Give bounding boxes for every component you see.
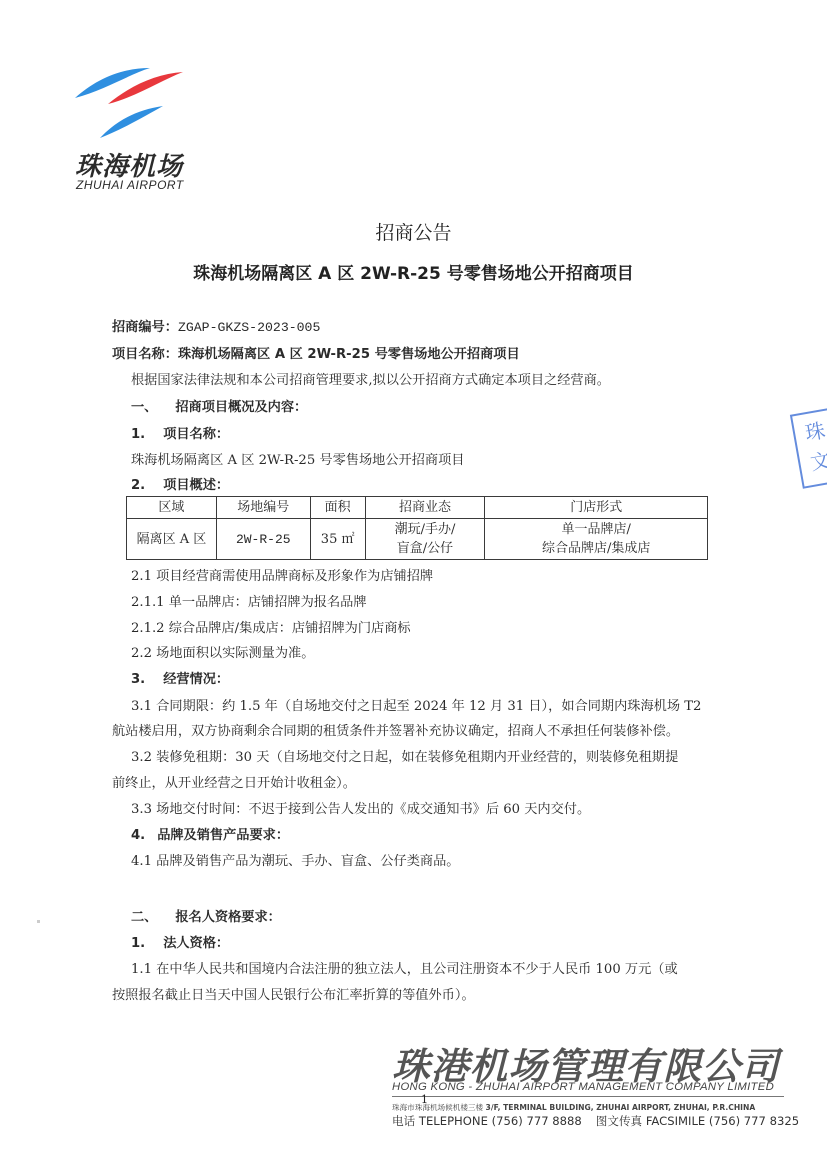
- section2-title: 报名人资格要求：: [175, 910, 281, 925]
- table-header-area: 区域: [127, 497, 217, 519]
- project-name-label: 项目名称：: [112, 347, 178, 362]
- section2-item1-title: 法人资格：: [163, 936, 229, 951]
- item4-title: 品牌及销售产品要求：: [157, 828, 289, 843]
- table-header-store-type: 门店形式: [485, 497, 708, 519]
- tender-code-label: 招商编号：: [112, 320, 178, 335]
- cell-format-line1: 潮玩/手办/: [366, 520, 485, 539]
- item1-heading: 1.项目名称：: [131, 423, 229, 442]
- seal-stamp-char2: 文: [808, 442, 827, 478]
- item3-title: 经营情况：: [163, 672, 229, 687]
- section2-item1-number: 1.: [131, 936, 145, 951]
- footer-telephone: 电话 TELEPHONE (756) 777 8888: [392, 1114, 582, 1128]
- item3-number: 3.: [131, 672, 145, 687]
- logo-name-en: ZHUHAI AIRPORT: [76, 178, 184, 192]
- table-row: 隔离区 A 区 2W-R-25 35 ㎡ 潮玩/手办/ 盲盒/公仔 单一品牌店/…: [127, 519, 708, 560]
- table-header-site-no: 场地编号: [216, 497, 310, 519]
- seal-stamp-char1: 珠: [803, 412, 827, 448]
- section2-item1-heading: 1.法人资格：: [131, 932, 229, 951]
- tender-code-line: 招商编号：ZGAP-GKZS-2023-005: [112, 316, 320, 335]
- item2-number: 2.: [131, 478, 145, 493]
- cell-format: 潮玩/手办/ 盲盒/公仔: [365, 519, 485, 560]
- para-3-1-a: 3.1 合同期限：约 1.5 年（自场地交付之日起至 2024 年 12 月 3…: [131, 695, 701, 714]
- para-3-3: 3.3 场地交付时间：不迟于接到公告人发出的《成交通知书》后 60 天内交付。: [131, 798, 590, 817]
- item1-text: 珠海机场隔离区 A 区 2W-R-25 号零售场地公开招商项目: [131, 449, 464, 468]
- seal-stamp: 珠 文: [790, 406, 827, 489]
- document-subtitle: 珠海机场隔离区 A 区 2W-R-25 号零售场地公开招商项目: [0, 259, 827, 284]
- footer-divider: [392, 1096, 784, 1097]
- para-2-1-1: 2.1.1 单一品牌店：店铺招牌为报名品牌: [131, 591, 367, 610]
- item4-heading: 4.品牌及销售产品要求：: [131, 824, 289, 843]
- footer-address-en: 3/F, TERMINAL BUILDING, ZHUHAI AIRPORT, …: [486, 1103, 756, 1112]
- project-name-line: 项目名称：珠海机场隔离区 A 区 2W-R-25 号零售场地公开招商项目: [112, 343, 520, 362]
- footer-address: 珠海市珠海机场候机楼三楼 3/F, TERMINAL BUILDING, ZHU…: [392, 1102, 755, 1113]
- footer-fax: 图文传真 FACSIMILE (756) 777 8325: [596, 1114, 799, 1128]
- section1-title: 招商项目概况及内容：: [175, 400, 307, 415]
- intro-paragraph: 根据国家法律法规和本公司招商管理要求,拟以公开招商方式确定本项目之经营商。: [131, 369, 610, 388]
- section2-number: 二、: [131, 910, 157, 925]
- zhuhai-airport-logo-icon: [70, 60, 190, 145]
- table-header-format: 招商业态: [365, 497, 485, 519]
- table-header-row: 区域 场地编号 面积 招商业态 门店形式: [127, 497, 708, 519]
- para-2-2: 2.2 场地面积以实际测量为准。: [131, 642, 314, 661]
- item3-heading: 3.经营情况：: [131, 668, 229, 687]
- item2-title: 项目概述：: [163, 478, 229, 493]
- tender-code-value: ZGAP-GKZS-2023-005: [178, 320, 320, 335]
- section1-heading: 一、招商项目概况及内容：: [131, 396, 307, 415]
- para-s2-1-1-b: 按照报名截止日当天中国人民银行公布汇率折算的等值外币）。: [112, 984, 475, 1003]
- section1-number: 一、: [131, 400, 157, 415]
- project-overview-table: 区域 场地编号 面积 招商业态 门店形式 隔离区 A 区 2W-R-25 35 …: [126, 496, 708, 560]
- table-header-size: 面积: [310, 497, 365, 519]
- para-2-1: 2.1 项目经营商需使用品牌商标及形象作为店铺招牌: [131, 565, 433, 584]
- item1-number: 1.: [131, 427, 145, 442]
- item2-heading: 2.项目概述：: [131, 474, 229, 493]
- cell-format-line2: 盲盒/公仔: [366, 539, 485, 558]
- para-4-1: 4.1 品牌及销售产品为潮玩、手办、盲盒、公仔类商品。: [131, 850, 459, 869]
- project-name-value: 珠海机场隔离区 A 区 2W-R-25 号零售场地公开招商项目: [178, 347, 520, 362]
- section2-heading: 二、报名人资格要求：: [131, 906, 281, 925]
- cell-area: 隔离区 A 区: [127, 519, 217, 560]
- document-title: 招商公告: [0, 218, 827, 245]
- cell-store-line2: 综合品牌店/集成店: [485, 539, 707, 558]
- para-3-1-b: 航站楼启用，双方协商剩余合同期的租赁条件并签署补充协议确定，招商人不承担任何装修…: [112, 720, 679, 739]
- item4-number: 4.: [131, 828, 145, 843]
- cell-size: 35 ㎡: [310, 519, 365, 560]
- para-s2-1-1-a: 1.1 在中华人民共和国境内合法注册的独立法人，且公司注册资本不少于人民币 10…: [131, 958, 678, 977]
- para-3-2-b: 前终止，从开业经营之日开始计收租金）。: [112, 772, 356, 791]
- cell-store-type: 单一品牌店/ 综合品牌店/集成店: [485, 519, 708, 560]
- footer-company-name-en: HONG KONG - ZHUHAI AIRPORT MANAGEMENT CO…: [392, 1081, 774, 1093]
- scan-speck: [37, 920, 40, 923]
- cell-site-no: 2W-R-25: [216, 519, 310, 560]
- para-3-2-a: 3.2 装修免租期：30 天（自场地交付之日起，如在装修免租期内开业经营的，则装…: [131, 746, 678, 765]
- item1-title: 项目名称：: [163, 427, 229, 442]
- footer-address-cn: 珠海市珠海机场候机楼三楼: [392, 1103, 483, 1112]
- cell-store-line1: 单一品牌店/: [485, 520, 707, 539]
- footer-contact: 电话 TELEPHONE (756) 777 8888图文传真 FACSIMIL…: [392, 1113, 799, 1129]
- para-2-1-2: 2.1.2 综合品牌店/集成店：店铺招牌为门店商标: [131, 617, 411, 636]
